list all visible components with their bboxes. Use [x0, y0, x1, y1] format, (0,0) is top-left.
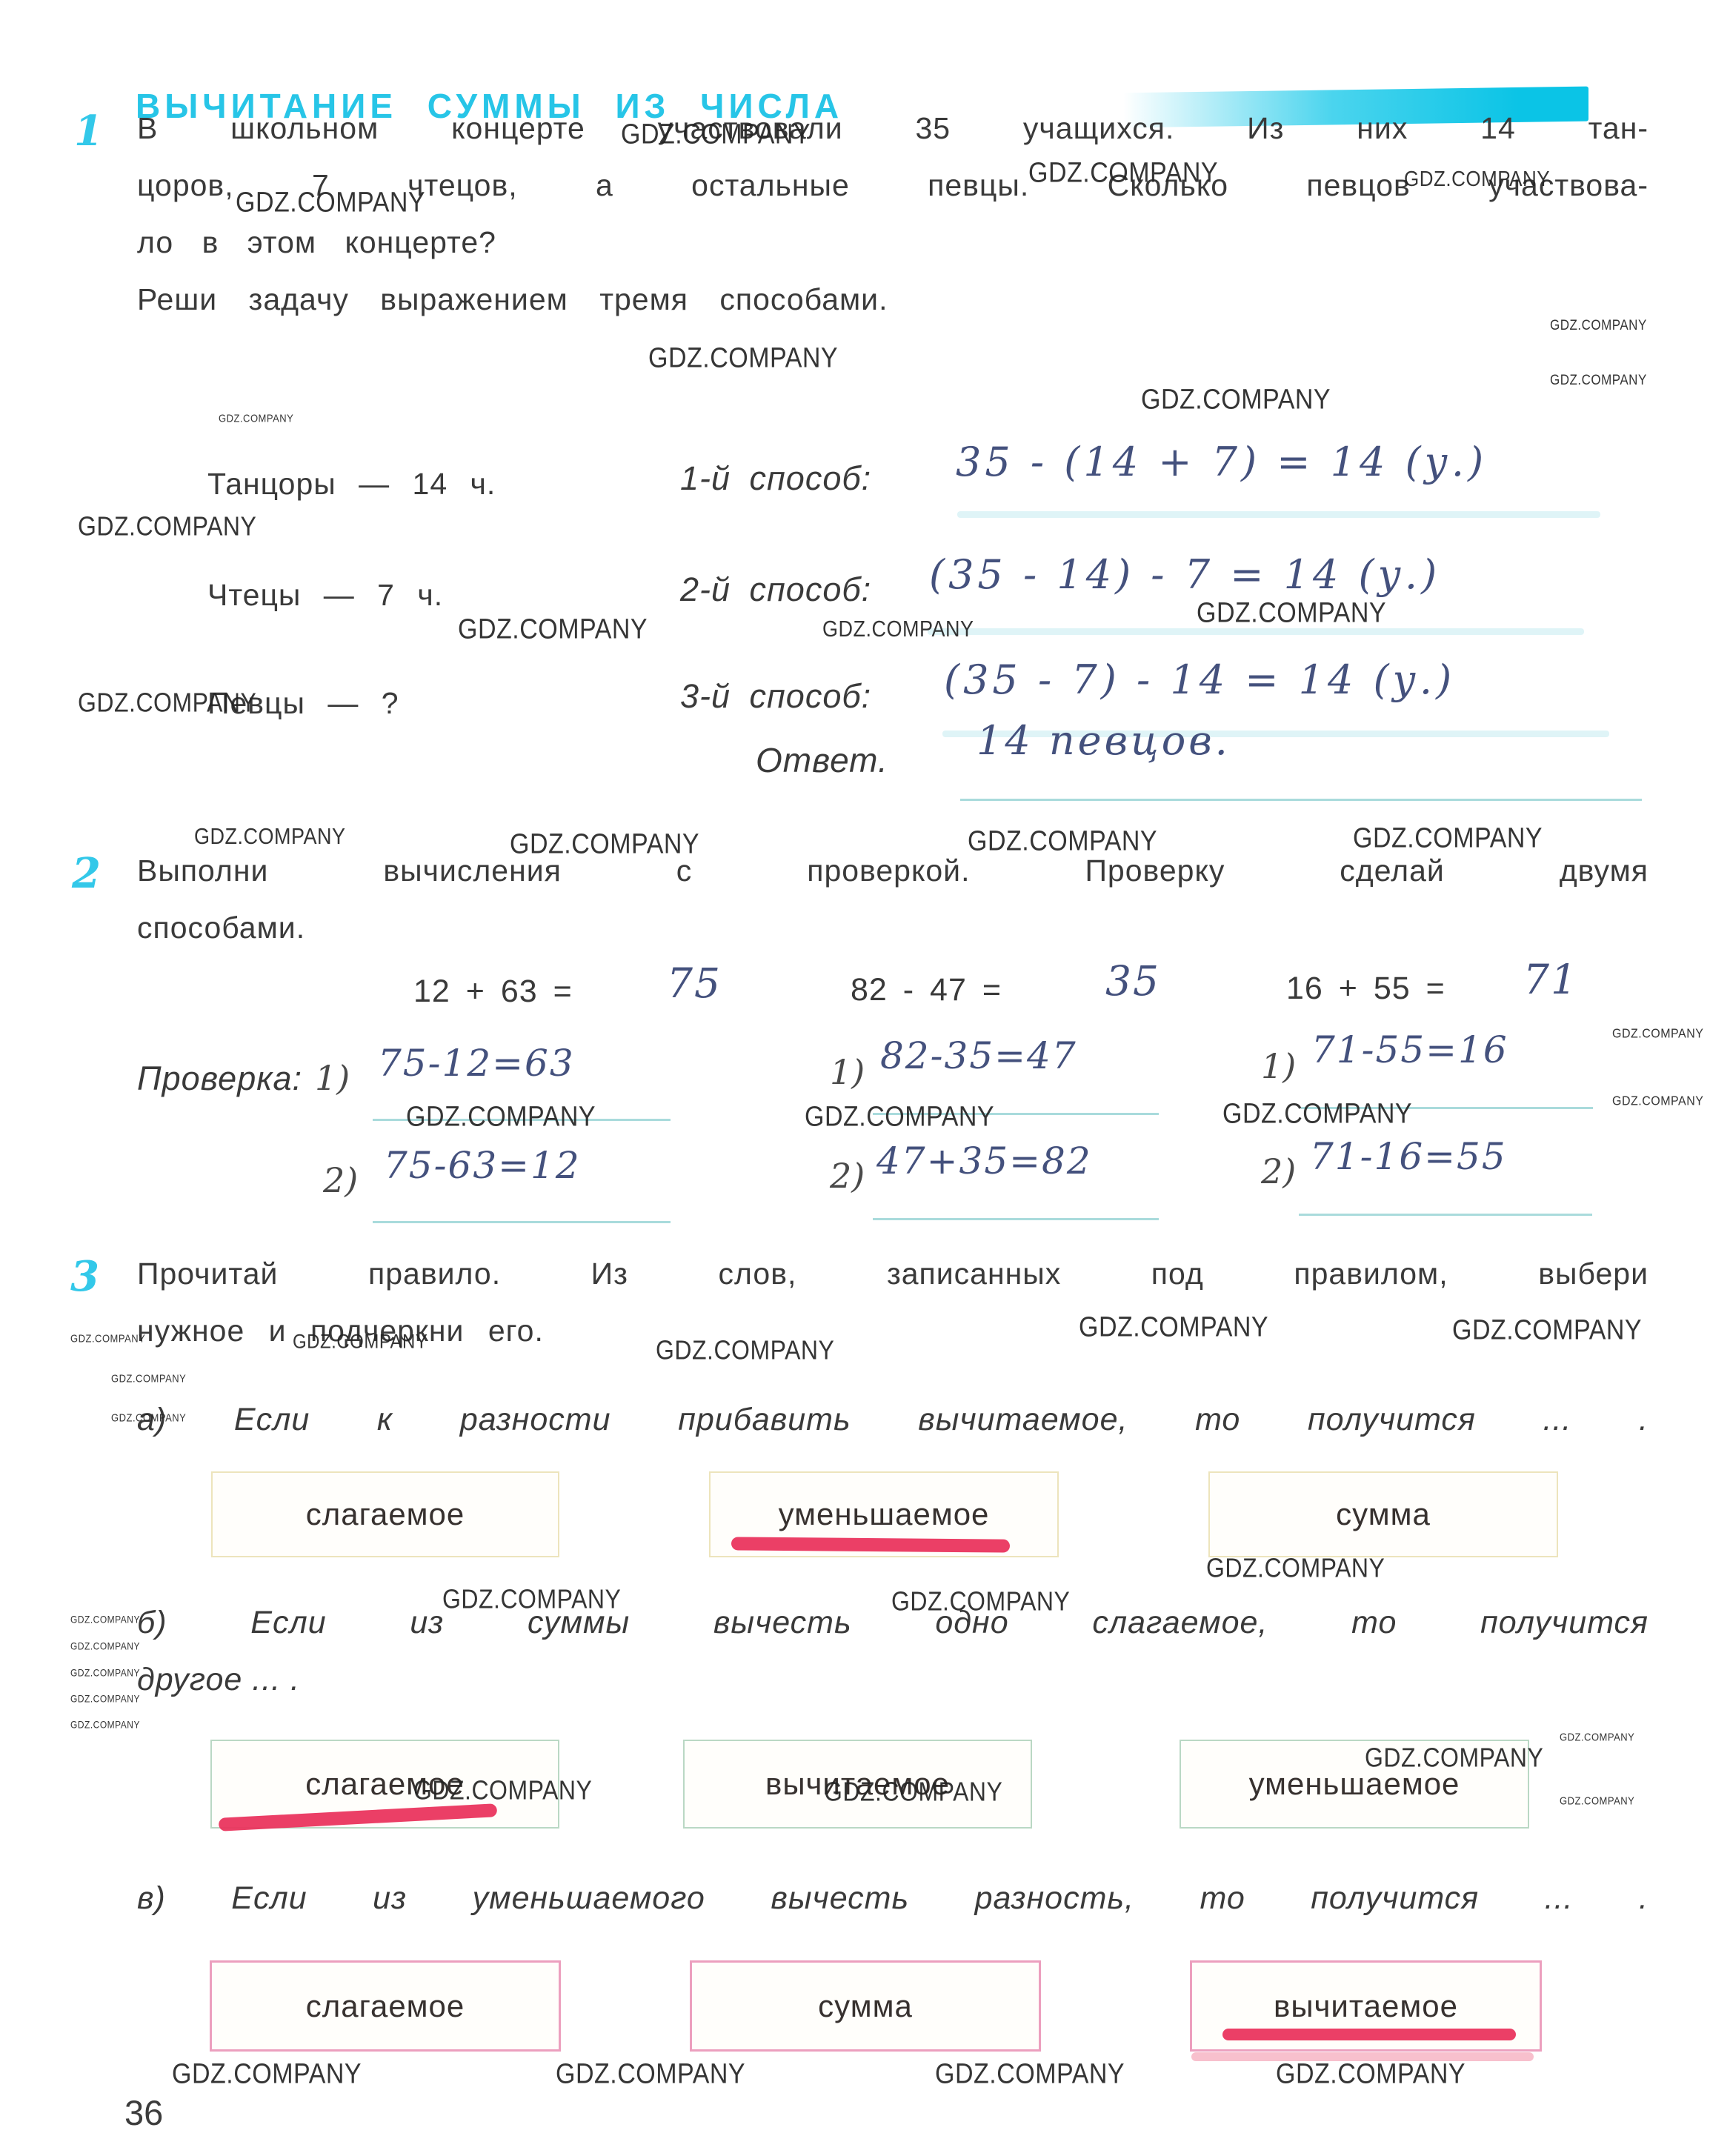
- task2-check-2-1: 82-35=47: [880, 1034, 1077, 1077]
- task3-rule-b: другое ... .: [137, 1660, 300, 1700]
- watermark: GDZ.COMPANY: [1560, 1731, 1634, 1743]
- task3-number: 3: [70, 1252, 99, 1301]
- watermark: GDZ.COMPANY: [70, 1719, 140, 1731]
- watermark: GDZ.COMPANY: [194, 824, 346, 850]
- watermark: GDZ.COMPANY: [1197, 597, 1386, 630]
- task3-rule-a: а) Если к разности прибавить вычитаемое,…: [137, 1400, 1649, 1440]
- task1-method-3-answer: (35 - 7) - 14 = 14 (у.): [944, 656, 1455, 703]
- word-box-label: сумма: [818, 1989, 913, 2024]
- task2-result-1: 75: [667, 959, 722, 1007]
- notebook-line: [957, 511, 1600, 518]
- word-box-label: сумма: [1336, 1497, 1431, 1532]
- marker-underline: [1222, 2029, 1516, 2040]
- notebook-line: [928, 628, 1584, 635]
- task1-method-1-label: 1-й способ:: [680, 458, 871, 499]
- task2-check-1-2: 75-63=12: [384, 1144, 581, 1187]
- task1-given-readers: Чтецы — 7 ч.: [207, 576, 443, 614]
- task1-answer-value: 14 певцов.: [977, 717, 1231, 764]
- task3-rule-v: в) Если из уменьшаемого вычесть разность…: [137, 1879, 1649, 1919]
- watermark: GDZ.COMPANY: [1560, 1794, 1634, 1807]
- word-box-label: вычитаемое: [765, 1766, 950, 1802]
- watermark: GDZ.COMPANY: [111, 1372, 186, 1385]
- task1-text-line: цоров, 7 чтецов, а остальные певцы. Скол…: [137, 167, 1649, 204]
- watermark: GDZ.COMPANY: [70, 1667, 140, 1679]
- task2-check-3-1: 71-55=16: [1311, 1028, 1508, 1071]
- task2-expression-1: 12 + 63 =: [413, 972, 573, 1012]
- watermark: GDZ.COMPANY: [70, 1693, 140, 1705]
- watermark: GDZ.COMPANY: [556, 2058, 745, 2091]
- watermark: GDZ.COMPANY: [406, 1101, 596, 1134]
- task1-method-2-label: 2-й способ:: [680, 569, 871, 610]
- word-box-label: слагаемое: [306, 1989, 465, 2024]
- watermark: GDZ.COMPANY: [1353, 822, 1543, 855]
- task2-check-3-2: 71-16=55: [1310, 1135, 1507, 1178]
- word-box: слагаемое: [211, 1471, 559, 1557]
- check-item-label: 2): [1261, 1151, 1296, 1191]
- answer-ruled-line: [960, 799, 1642, 801]
- task2-check-1-1: 75-12=63: [378, 1042, 575, 1085]
- task1-given-dancers: Танцоры — 14 ч.: [207, 465, 496, 503]
- watermark: GDZ.COMPANY: [70, 1614, 140, 1626]
- word-box: уменьшаемое: [1180, 1740, 1529, 1829]
- watermark: GDZ.COMPANY: [648, 342, 838, 375]
- task2-expression-2: 82 - 47 =: [851, 971, 1002, 1011]
- check-item-label: 1): [830, 1052, 865, 1092]
- word-box-label: слагаемое: [305, 1766, 465, 1802]
- watermark: GDZ.COMPANY: [805, 1101, 994, 1134]
- task1-text-line: В школьном концерте участвовали 35 учащи…: [137, 110, 1649, 147]
- task3-text-line: нужное и подчеркни его.: [137, 1312, 544, 1350]
- word-box: сумма: [1208, 1471, 1558, 1557]
- watermark: GDZ.COMPANY: [458, 613, 648, 646]
- word-box-label: вычитаемое: [1274, 1989, 1458, 2024]
- watermark: GDZ.COMPANY: [1550, 372, 1647, 388]
- task2-text-line: способами.: [137, 909, 305, 947]
- watermark: GDZ.COMPANY: [1550, 317, 1647, 333]
- word-box: вычитаемое: [683, 1740, 1032, 1829]
- watermark: GDZ.COMPANY: [1079, 1311, 1268, 1344]
- task1-answer-label: Ответ.: [756, 739, 888, 782]
- task1-text-line: ло в этом концерте?: [137, 224, 496, 262]
- task2-check-2-2: 47+35=82: [876, 1139, 1092, 1182]
- task2-result-2: 35: [1105, 957, 1160, 1005]
- watermark: GDZ.COMPANY: [1276, 2058, 1465, 2091]
- watermark: GDZ.COMPANY: [219, 412, 293, 425]
- task1-text-line: Реши задачу выражением тремя способами.: [137, 281, 888, 319]
- watermark: GDZ.COMPANY: [935, 2058, 1125, 2091]
- word-box: сумма: [690, 1960, 1041, 2052]
- answer-ruled-line: [873, 1218, 1159, 1220]
- watermark: GDZ.COMPANY: [1612, 1027, 1703, 1042]
- watermark: GDZ.COMPANY: [1222, 1098, 1412, 1131]
- word-box-label: слагаемое: [306, 1497, 465, 1532]
- answer-ruled-line: [873, 1113, 1159, 1115]
- task2-result-3: 71: [1523, 956, 1578, 1003]
- check-item-label: 1): [315, 1058, 350, 1098]
- check-item-label: 2): [830, 1156, 865, 1196]
- watermark: GDZ.COMPANY: [78, 511, 256, 542]
- check-item-label: 1): [1261, 1046, 1296, 1086]
- task3-rule-b: б) Если из суммы вычесть одно слагаемое,…: [137, 1603, 1649, 1643]
- watermark: GDZ.COMPANY: [1206, 1553, 1385, 1583]
- word-box-label: уменьшаемое: [1249, 1766, 1460, 1802]
- task3-text-line: Прочитай правило. Из слов, записанных по…: [137, 1255, 1649, 1293]
- marker-underline: [731, 1537, 1010, 1552]
- check-item-label: 2): [323, 1160, 358, 1200]
- watermark: GDZ.COMPANY: [656, 1335, 834, 1365]
- watermark: GDZ.COMPANY: [70, 1332, 145, 1345]
- watermark: GDZ.COMPANY: [172, 2058, 362, 2091]
- task1-method-1-answer: 35 - (14 + 7) = 14 (у.): [956, 439, 1487, 485]
- task2-expression-3: 16 + 55 =: [1286, 969, 1445, 1009]
- task1-method-3-label: 3-й способ:: [680, 676, 871, 717]
- watermark: GDZ.COMPANY: [1612, 1094, 1703, 1109]
- workbook-page: ВЫЧИТАНИЕ СУММЫ ИЗ ЧИСЛА 1 В школьном ко…: [0, 0, 1730, 2156]
- answer-ruled-line: [373, 1119, 671, 1121]
- watermark: GDZ.COMPANY: [70, 1640, 140, 1652]
- page-number: 36: [124, 2092, 163, 2133]
- task1-method-2-answer: (35 - 14) - 7 = 14 (у.): [929, 551, 1440, 598]
- marker-underline-smudge: [1191, 2052, 1534, 2061]
- answer-ruled-line: [1301, 1107, 1593, 1109]
- answer-ruled-line: [373, 1221, 671, 1223]
- watermark: GDZ.COMPANY: [1141, 384, 1331, 416]
- word-box: слагаемое: [210, 1960, 561, 2052]
- task1-given-singers: Певцы — ?: [207, 685, 399, 722]
- task1-number: 1: [74, 107, 103, 156]
- task2-check-label: Проверка:: [137, 1058, 302, 1099]
- task2-text-line: Выполни вычисления с проверкой. Проверку…: [137, 852, 1649, 890]
- word-box-label: уменьшаемое: [779, 1497, 990, 1532]
- watermark: GDZ.COMPANY: [1452, 1314, 1642, 1347]
- task2-number: 2: [72, 849, 101, 898]
- answer-ruled-line: [1299, 1214, 1592, 1216]
